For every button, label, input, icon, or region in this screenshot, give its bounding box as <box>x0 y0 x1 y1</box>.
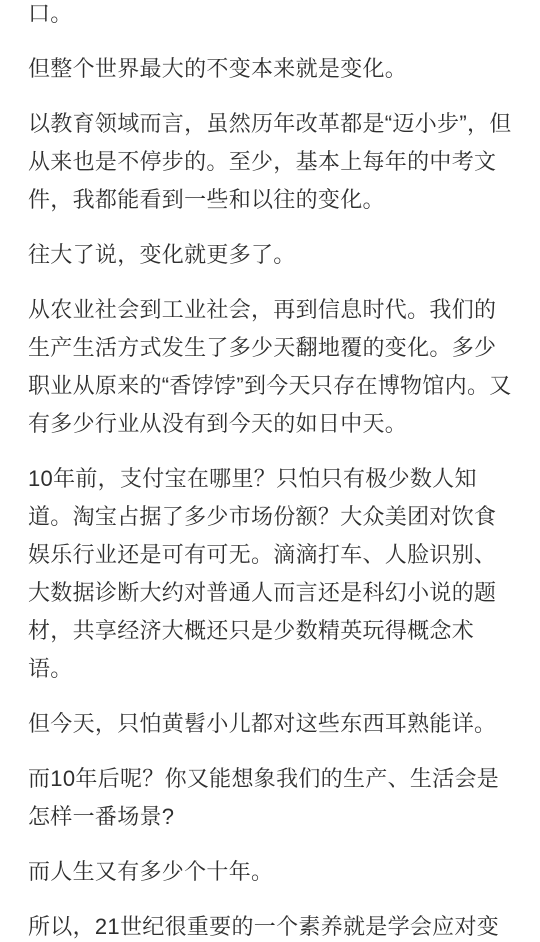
text-line: 生产生活方式发生了多少天翻地覆的变化。多少 <box>28 329 512 367</box>
text-line: 件，我都能看到一些和以往的变化。 <box>28 181 512 219</box>
text-line: 材，共享经济大概还只是少数精英玩得概念术 <box>28 612 512 650</box>
text-line: 但整个世界最大的不变本来就是变化。 <box>28 50 512 88</box>
text-line: 有多少行业从没有到今天的如日中天。 <box>28 405 512 443</box>
text-line: 怎样一番场景? <box>28 798 512 836</box>
text-line: 10年前，支付宝在哪里？只怕只有极少数人知 <box>28 460 512 498</box>
paragraph: 以教育领域而言，虽然历年改革都是“迈小步”，但从来也是不停步的。至少，基本上每年… <box>28 105 512 219</box>
text-line: 而10年后呢？你又能想象我们的生产、生活会是 <box>28 760 512 798</box>
text-line: 职业从原来的“香饽饽”到今天只存在博物馆内。又 <box>28 367 512 405</box>
text-line: 所以，21世纪很重要的一个素养就是学会应对变 <box>28 908 512 942</box>
text-line: 往大了说，变化就更多了。 <box>28 236 512 274</box>
text-line: 从来也是不停步的。至少，基本上每年的中考文 <box>28 143 512 181</box>
paragraph: 所以，21世纪很重要的一个素养就是学会应对变 <box>28 908 512 942</box>
text-line: 而人生又有多少个十年。 <box>28 853 512 891</box>
text-line: 道。淘宝占据了多少市场份额？大众美团对饮食 <box>28 498 512 536</box>
text-line: 口。 <box>28 0 512 33</box>
paragraph: 而人生又有多少个十年。 <box>28 853 512 891</box>
text-line: 以教育领域而言，虽然历年改革都是“迈小步”，但 <box>28 105 512 143</box>
paragraph: 从农业社会到工业社会，再到信息时代。我们的生产生活方式发生了多少天翻地覆的变化。… <box>28 291 512 443</box>
article-body: 口。但整个世界最大的不变本来就是变化。以教育领域而言，虽然历年改革都是“迈小步”… <box>28 0 512 942</box>
text-line: 从农业社会到工业社会，再到信息时代。我们的 <box>28 291 512 329</box>
article-page: 口。但整个世界最大的不变本来就是变化。以教育领域而言，虽然历年改革都是“迈小步”… <box>0 0 540 942</box>
paragraph: 10年前，支付宝在哪里？只怕只有极少数人知道。淘宝占据了多少市场份额？大众美团对… <box>28 460 512 688</box>
text-line: 语。 <box>28 650 512 688</box>
text-line: 大数据诊断大约对普通人而言还是科幻小说的题 <box>28 574 512 612</box>
paragraph: 而10年后呢？你又能想象我们的生产、生活会是怎样一番场景? <box>28 760 512 836</box>
text-line: 娱乐行业还是可有可无。滴滴打车、人脸识别、 <box>28 536 512 574</box>
paragraph: 但今天，只怕黄髫小儿都对这些东西耳熟能详。 <box>28 705 512 743</box>
paragraph: 往大了说，变化就更多了。 <box>28 236 512 274</box>
paragraph: 口。 <box>28 0 512 33</box>
text-line: 但今天，只怕黄髫小儿都对这些东西耳熟能详。 <box>28 705 512 743</box>
paragraph: 但整个世界最大的不变本来就是变化。 <box>28 50 512 88</box>
